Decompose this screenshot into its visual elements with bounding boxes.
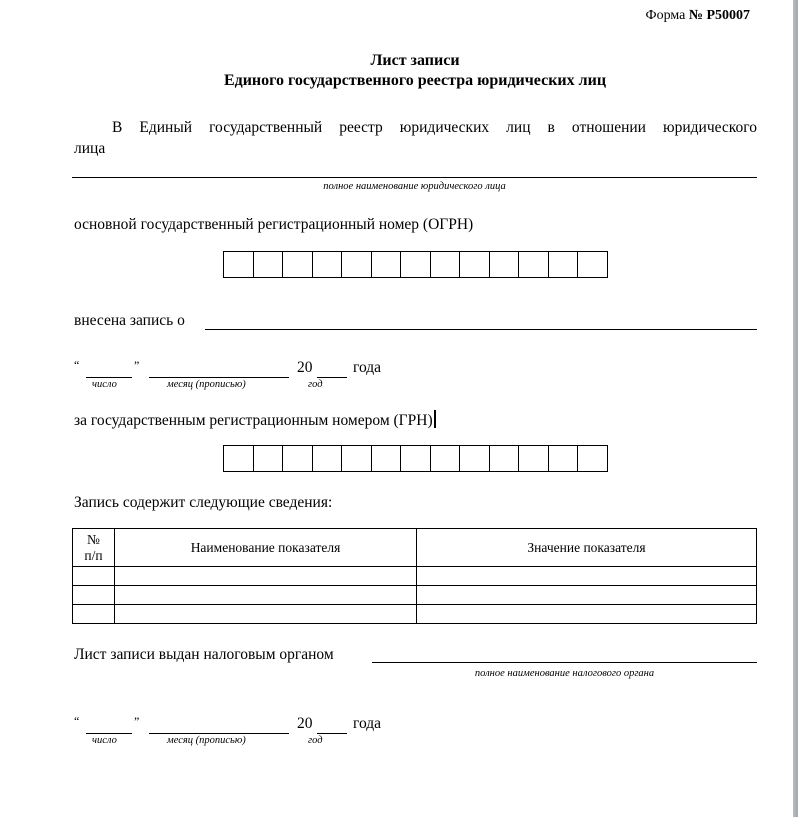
document-page: Форма № Р50007 Лист записи Единого госуд…	[0, 0, 793, 817]
open-quote: “	[74, 358, 79, 373]
year-field[interactable]	[317, 733, 347, 734]
legal-entity-name-field[interactable]	[72, 177, 757, 178]
digit-cell[interactable]	[372, 446, 402, 471]
digit-cell[interactable]	[519, 446, 549, 471]
document-subtitle: Единого государственного реестра юридиче…	[0, 72, 798, 90]
digit-cell[interactable]	[401, 446, 431, 471]
window-edge	[793, 0, 798, 817]
century-text: 20	[297, 715, 313, 733]
info-table: №п/п Наименование показателя Значение по…	[72, 528, 757, 624]
grn-input-cells[interactable]	[223, 445, 608, 472]
digit-cell[interactable]	[342, 252, 372, 277]
year-suffix: года	[353, 715, 381, 733]
legal-entity-name-caption: полное наименование юридического лица	[72, 181, 757, 192]
form-number-value: № Р50007	[689, 8, 750, 23]
contains-label: Запись содержит следующие сведения:	[74, 494, 332, 512]
month-caption: месяц (прописью)	[167, 379, 246, 390]
digit-cell[interactable]	[283, 252, 313, 277]
digit-cell[interactable]	[490, 446, 520, 471]
digit-cell[interactable]	[401, 252, 431, 277]
century-text: 20	[297, 359, 313, 377]
year-field[interactable]	[317, 377, 347, 378]
digit-cell[interactable]	[460, 446, 490, 471]
column-header-indicator-name: Наименование показателя	[115, 529, 417, 567]
issued-label: Лист записи выдан налоговым органом	[74, 646, 334, 664]
digit-cell[interactable]	[549, 446, 579, 471]
intro-text-line2: лица	[74, 140, 105, 158]
table-cell[interactable]	[115, 567, 417, 586]
close-quote: ”	[134, 714, 139, 729]
year-suffix: года	[353, 359, 381, 377]
intro-text-line1: В Единый государственный реестр юридичес…	[74, 119, 757, 137]
open-quote: “	[74, 714, 79, 729]
tax-authority-caption: полное наименование налогового органа	[372, 668, 757, 679]
column-header-indicator-value: Значение показателя	[417, 529, 757, 567]
table-row	[73, 605, 757, 624]
table-cell[interactable]	[417, 567, 757, 586]
grn-label: за государственным регистрационным номер…	[74, 410, 436, 430]
table-row	[73, 586, 757, 605]
digit-cell[interactable]	[283, 446, 313, 471]
table-cell[interactable]	[115, 586, 417, 605]
table-cell[interactable]	[417, 586, 757, 605]
tax-authority-field[interactable]	[372, 662, 757, 663]
day-field[interactable]	[86, 377, 132, 378]
year-caption: год	[308, 379, 323, 390]
document-title: Лист записи	[0, 52, 798, 70]
day-caption: число	[92, 735, 117, 746]
day-field[interactable]	[86, 733, 132, 734]
digit-cell[interactable]	[372, 252, 402, 277]
day-caption: число	[92, 379, 117, 390]
ogrn-input-cells[interactable]	[223, 251, 608, 278]
digit-cell[interactable]	[254, 252, 284, 277]
table-header-row: №п/п Наименование показателя Значение по…	[73, 529, 757, 567]
digit-cell[interactable]	[313, 252, 343, 277]
text-cursor	[434, 410, 436, 428]
digit-cell[interactable]	[431, 446, 461, 471]
table-row	[73, 567, 757, 586]
form-number: Форма № Р50007	[646, 8, 750, 24]
table-cell[interactable]	[417, 605, 757, 624]
digit-cell[interactable]	[460, 252, 490, 277]
record-field[interactable]	[205, 329, 757, 330]
digit-cell[interactable]	[578, 446, 608, 471]
close-quote: ”	[134, 358, 139, 373]
digit-cell[interactable]	[549, 252, 579, 277]
month-caption: месяц (прописью)	[167, 735, 246, 746]
month-field[interactable]	[149, 733, 289, 734]
table-cell[interactable]	[73, 567, 115, 586]
record-label: внесена запись о	[74, 312, 185, 330]
year-caption: год	[308, 735, 323, 746]
digit-cell[interactable]	[519, 252, 549, 277]
table-cell[interactable]	[115, 605, 417, 624]
digit-cell[interactable]	[490, 252, 520, 277]
digit-cell[interactable]	[254, 446, 284, 471]
grn-label-text: за государственным регистрационным номер…	[74, 412, 433, 429]
ogrn-label: основной государственный регистрационный…	[74, 216, 473, 234]
table-cell[interactable]	[73, 605, 115, 624]
form-number-prefix: Форма	[646, 8, 686, 23]
digit-cell[interactable]	[313, 446, 343, 471]
month-field[interactable]	[149, 377, 289, 378]
digit-cell[interactable]	[224, 252, 254, 277]
table-cell[interactable]	[73, 586, 115, 605]
column-header-number: №п/п	[73, 529, 115, 567]
digit-cell[interactable]	[342, 446, 372, 471]
digit-cell[interactable]	[224, 446, 254, 471]
digit-cell[interactable]	[431, 252, 461, 277]
digit-cell[interactable]	[578, 252, 608, 277]
